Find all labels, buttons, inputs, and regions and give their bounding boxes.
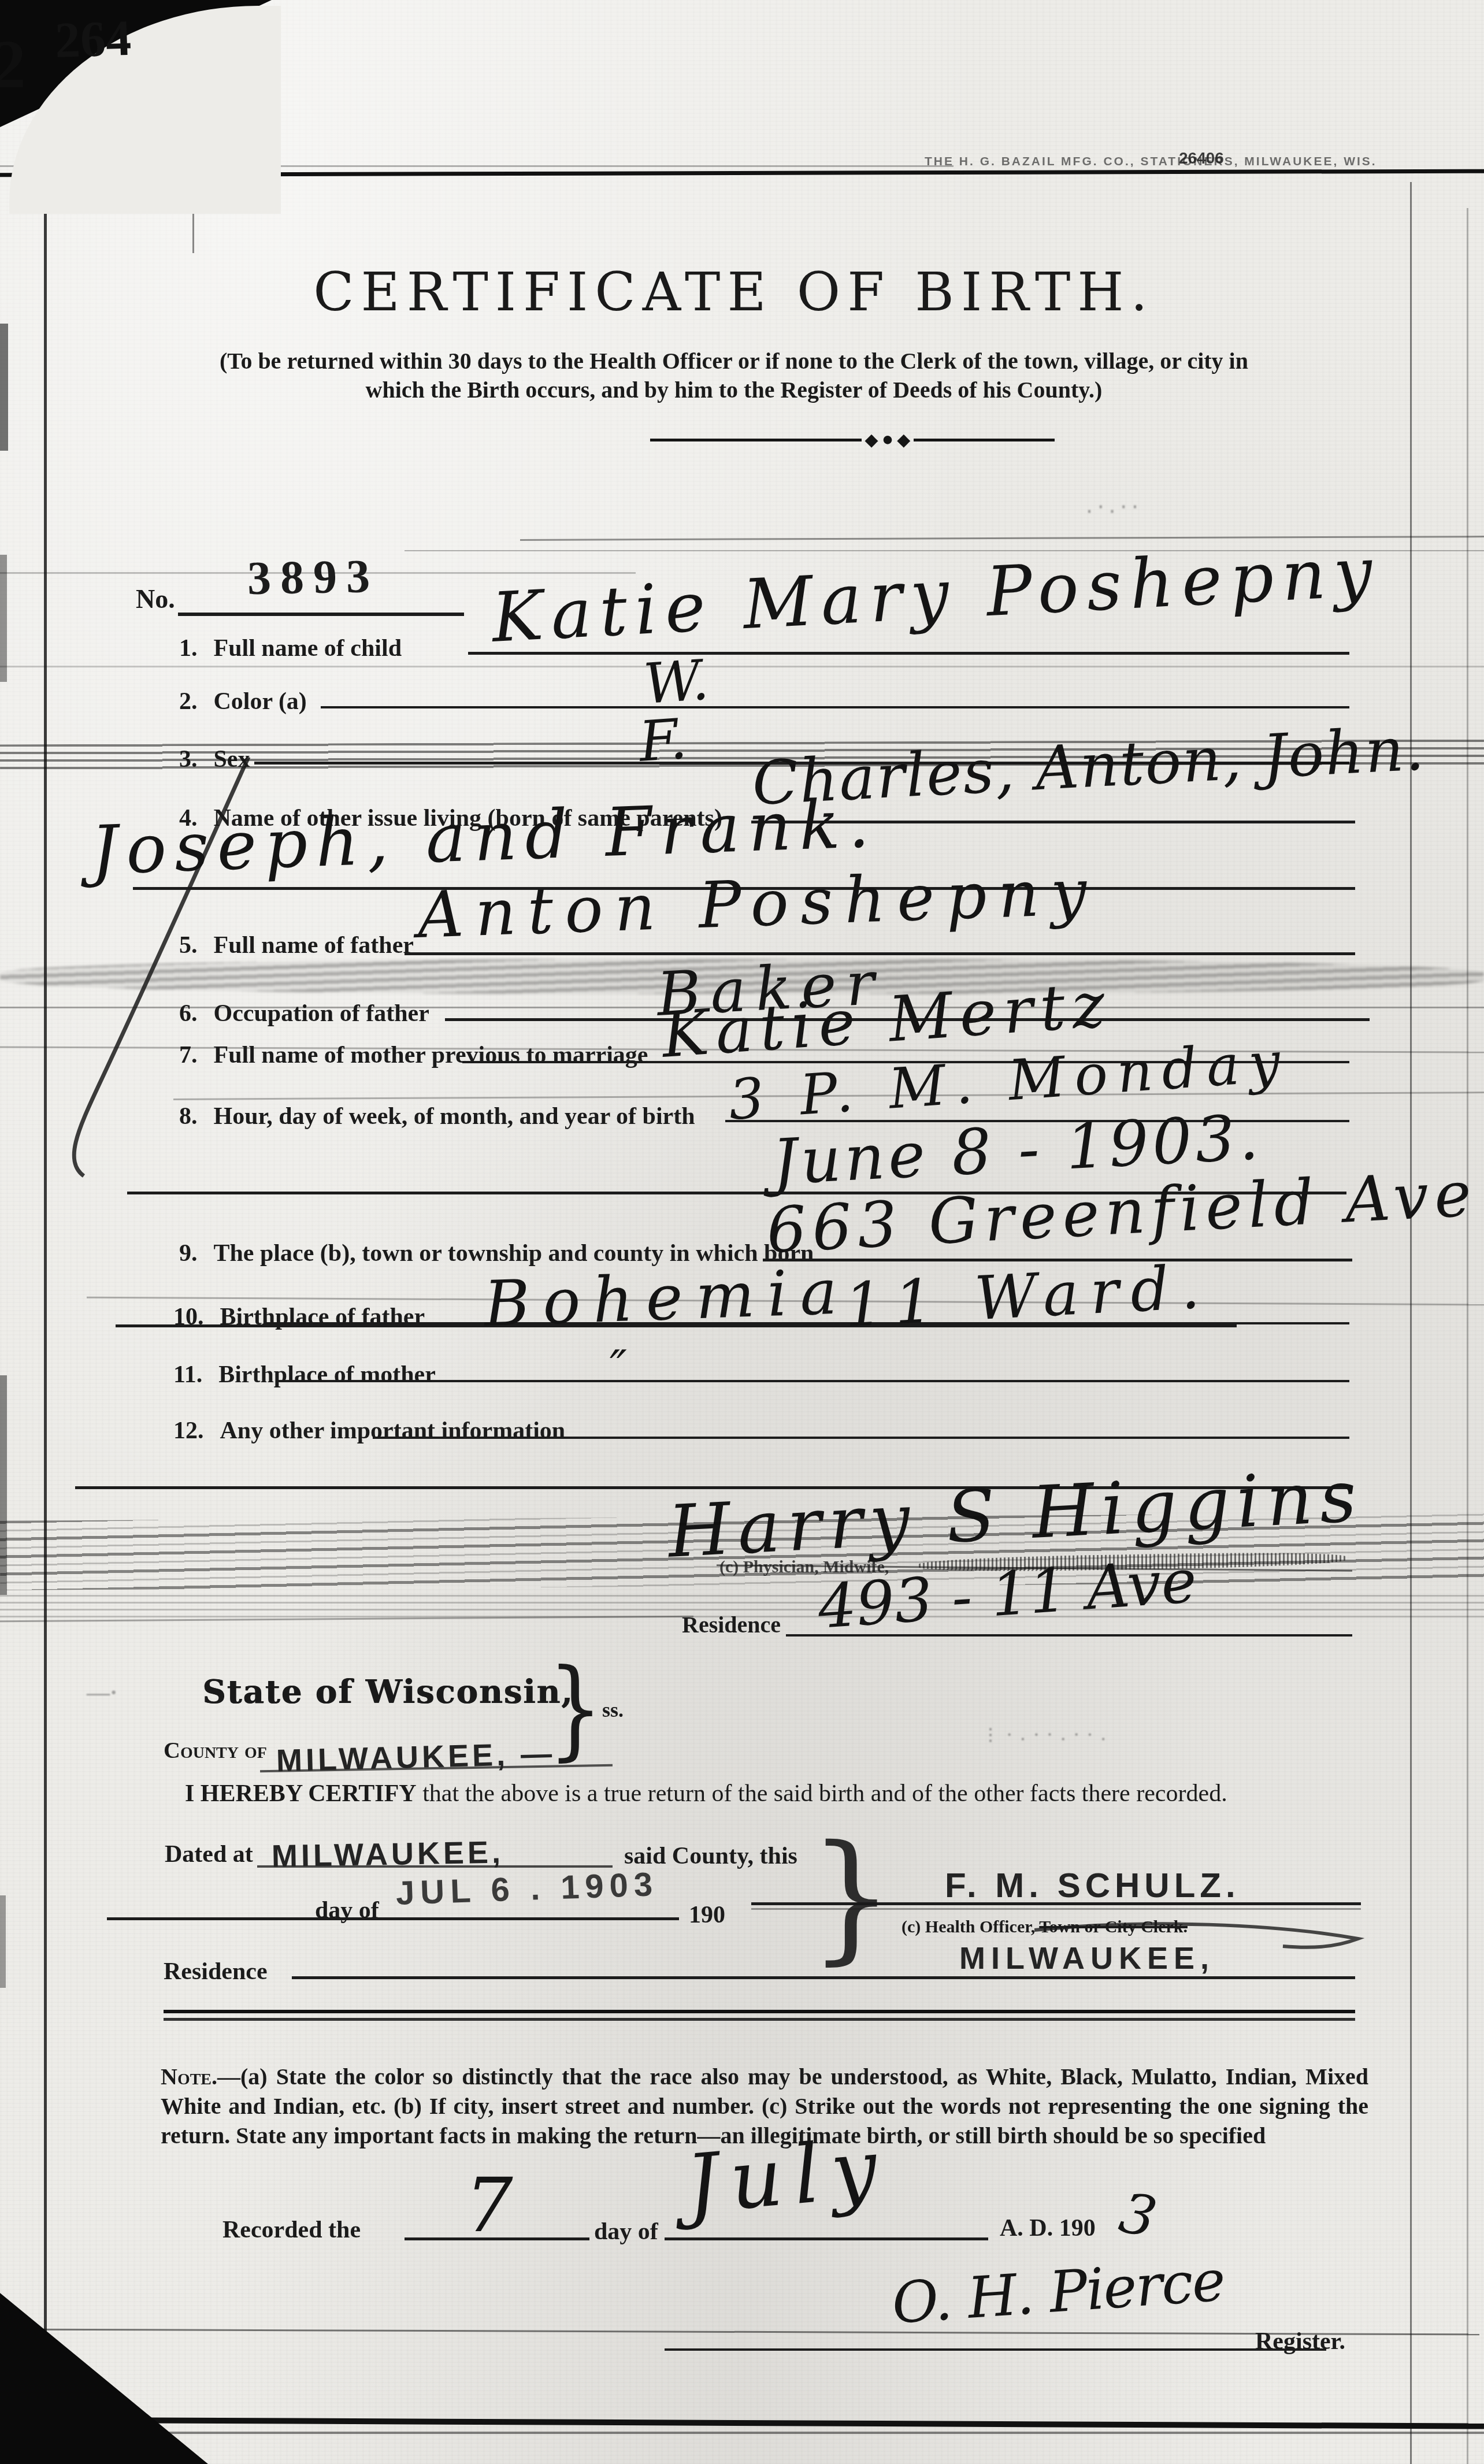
ghost-marks-header: ․⋅․⋅⋅ bbox=[1086, 497, 1144, 517]
page-title: CERTIFICATE OF BIRTH. bbox=[0, 261, 1468, 323]
left-edge-shadow4 bbox=[0, 1895, 6, 1988]
recorded-ad-label: A. D. 190 bbox=[1000, 2214, 1096, 2242]
certify-rest: that the above is a true return of the s… bbox=[417, 1780, 1227, 1807]
register-short-line bbox=[665, 2348, 1326, 2351]
certificate-no-value: 3893 bbox=[247, 549, 380, 606]
ghost-dash: —· bbox=[87, 1679, 117, 1706]
physician-caption: (c) Physician, Midwife, bbox=[719, 1557, 889, 1577]
dated-place-stamp: MILWAUKEE, bbox=[271, 1834, 504, 1874]
recorded-day-value: 7 bbox=[465, 2161, 513, 2249]
certificate-no-line bbox=[178, 613, 464, 616]
date-stamp: JUL 6 . 1903 bbox=[395, 1865, 659, 1913]
dated-prefix: Dated at bbox=[165, 1840, 253, 1868]
county-stamp: MILWAUKEE, — bbox=[276, 1736, 555, 1779]
physician-residence-label: Residence bbox=[682, 1611, 781, 1638]
stationer-imprint: THE H. G. BAZAIL MFG. CO., STATIONERS, M… bbox=[925, 155, 1377, 169]
jurat-ss: ss. bbox=[602, 1698, 624, 1722]
bottom-left-corner-shadow bbox=[0, 2274, 208, 2464]
officer-name-stamp: F. M. SCHULZ. bbox=[945, 1865, 1240, 1905]
field-10-value: Bohemia bbox=[483, 1256, 851, 1341]
ghost-stamp-marks: ⋮·․·⋅․⋅·․ bbox=[982, 1725, 1114, 1745]
bottom-rule-smear bbox=[0, 2432, 1484, 2434]
officer-place-stamp: MILWAUKEE, bbox=[959, 1940, 1215, 1976]
certify-sentence: I HEREBY CERTIFY that the above is a tru… bbox=[185, 1780, 1375, 1808]
field-1-label: 1.Full name of child bbox=[179, 634, 402, 662]
left-edge-shadow2 bbox=[0, 555, 7, 682]
recorded-month-value: July bbox=[682, 2121, 892, 2232]
state-line: State of Wisconsin, bbox=[202, 1673, 573, 1711]
field-10-label: 10.Birthplace of father bbox=[173, 1303, 425, 1331]
intro-line-1: (To be returned within 30 days to the He… bbox=[0, 347, 1468, 376]
field-1-line bbox=[468, 652, 1349, 655]
scan-streak bbox=[0, 666, 1484, 667]
field-2-line bbox=[321, 706, 1349, 708]
left-edge-shadow3 bbox=[0, 1375, 7, 1595]
jurat-brace: } bbox=[548, 1646, 603, 1772]
double-rule-bottom bbox=[164, 2018, 1355, 2021]
field-6-label: 6.Occupation of father bbox=[179, 1000, 429, 1027]
field-3-label: 3.Sex bbox=[179, 745, 250, 773]
recorded-day-of: day of bbox=[594, 2218, 658, 2246]
field-3-value: F. bbox=[637, 707, 689, 774]
divider-ornament: ◆ ● ◆ bbox=[650, 429, 1055, 451]
stationer-number: 26406 bbox=[1179, 149, 1224, 168]
certify-lead: I HEREBY CERTIFY bbox=[185, 1780, 417, 1807]
field-11-value: ″ bbox=[610, 1341, 627, 1394]
certificate-of-birth-page: THE H. G. BAZAIL MFG. CO., STATIONERS, M… bbox=[0, 0, 1484, 2464]
day-of-line bbox=[107, 1917, 679, 1920]
clerk-residence-label: Residence bbox=[164, 1958, 268, 1986]
year-prefix: 190 bbox=[689, 1901, 725, 1929]
recorded-month-line bbox=[665, 2237, 988, 2240]
officer-caption-struck: Town or City Clerk. bbox=[1039, 1917, 1188, 1936]
right-margin-rule bbox=[1410, 182, 1412, 2464]
field-2-value: W. bbox=[641, 647, 711, 717]
register-label: Register. bbox=[1255, 2328, 1345, 2355]
intro-line-2: which the Birth occurs, and by him to th… bbox=[0, 376, 1468, 405]
dated-brace: } bbox=[809, 1816, 893, 1978]
county-label: County of bbox=[164, 1736, 267, 1764]
field-11-label: 11.Birthplace of mother bbox=[173, 1361, 436, 1389]
recorded-prefix: Recorded the bbox=[222, 2216, 361, 2244]
register-signature: O. H. Pierce bbox=[890, 2248, 1226, 2337]
day-of-label: day of bbox=[315, 1897, 379, 1924]
field-12-label: 12.Any other important information bbox=[173, 1417, 565, 1445]
field-7-label: 7.Full name of mother previous to marria… bbox=[179, 1041, 648, 1069]
intro-paragraph: (To be returned within 30 days to the He… bbox=[0, 347, 1468, 405]
recorded-year-digit: 3 bbox=[1114, 2180, 1162, 2250]
field-5-label: 5.Full name of father bbox=[179, 932, 414, 959]
physician-signature: Harry S Higgins bbox=[666, 1454, 1365, 1574]
certificate-no-label: No. bbox=[136, 584, 175, 614]
left-margin-rule bbox=[44, 74, 47, 2464]
right-edge-rule bbox=[1467, 208, 1468, 2464]
scan-streak bbox=[0, 1616, 693, 1622]
field-2-label: 2.Color (a) bbox=[179, 688, 307, 715]
field-11-line bbox=[277, 1380, 1349, 1382]
page-number: 264 bbox=[54, 9, 132, 70]
note-lead: Note.— bbox=[161, 2064, 240, 2090]
double-rule-top bbox=[164, 2010, 1355, 2013]
officer-caption: (c) Health Officer, Town or City Clerk. bbox=[901, 1917, 1188, 1937]
page-edge-digit: 2 bbox=[0, 25, 26, 104]
bottom-rule bbox=[0, 2417, 1484, 2429]
field-8-label: 8.Hour, day of week, of month, and year … bbox=[179, 1103, 695, 1130]
